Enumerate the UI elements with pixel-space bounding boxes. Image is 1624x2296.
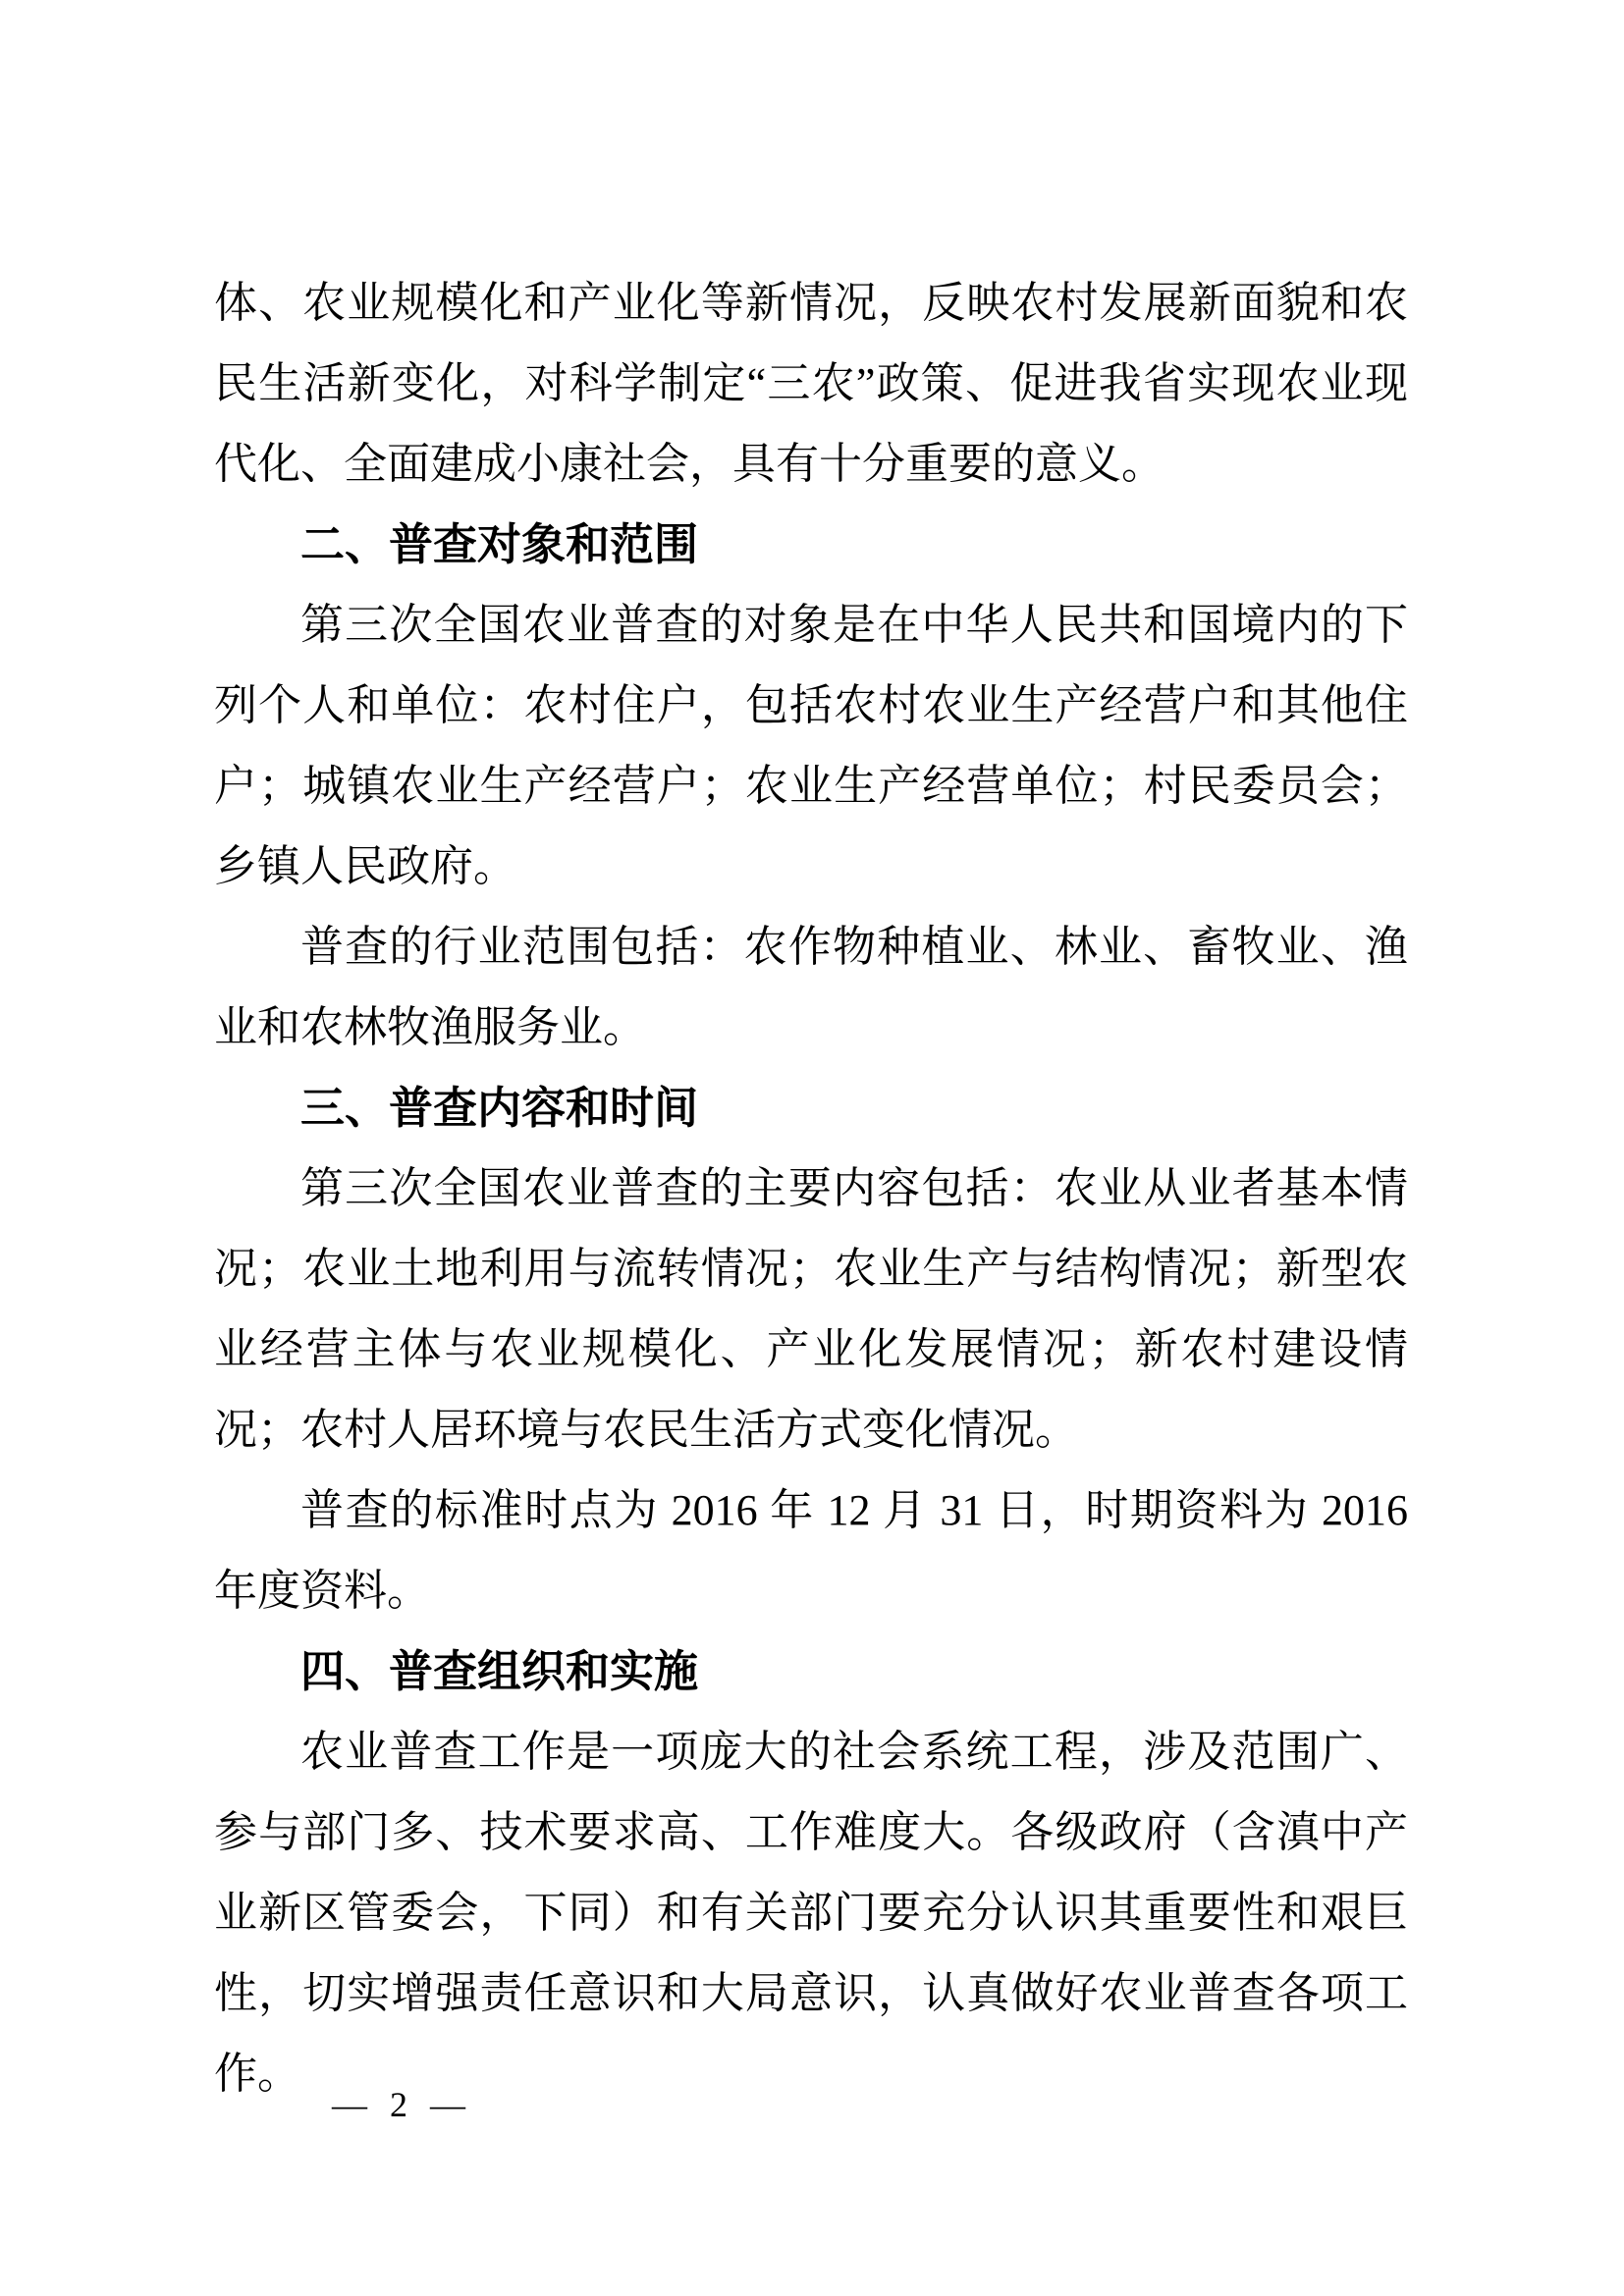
paragraph: 第三次全国农业普查的主要内容包括：农业从业者基本情况；农业土地利用与流转情况；农… <box>214 1148 1408 1470</box>
section-heading-2: 二、普查对象和范围 <box>214 505 1408 585</box>
section-heading-3: 三、普查内容和时间 <box>214 1068 1408 1148</box>
section-heading-4: 四、普查组织和实施 <box>214 1631 1408 1712</box>
page-number: — 2 — <box>332 2085 465 2124</box>
paragraph: 普查的标准时点为 2016 年 12 月 31 日，时期资料为 2016 年度资… <box>214 1470 1408 1631</box>
content-area: 体、农业规模化和产业化等新情况，反映农村发展新面貌和农民生活新变化，对科学制定“… <box>214 263 1408 2114</box>
paragraph: 普查的行业范围包括：农作物种植业、林业、畜牧业、渔业和农林牧渔服务业。 <box>214 907 1408 1068</box>
paragraph: 第三次全国农业普查的对象是在中华人民共和国境内的下列个人和单位：农村住户，包括农… <box>214 585 1408 907</box>
page-footer: — 2 — <box>242 2040 465 2169</box>
document-page: 体、农业规模化和产业化等新情况，反映农村发展新面貌和农民生活新变化，对科学制定“… <box>0 0 1624 2296</box>
paragraph: 体、农业规模化和产业化等新情况，反映农村发展新面貌和农民生活新变化，对科学制定“… <box>214 263 1408 505</box>
